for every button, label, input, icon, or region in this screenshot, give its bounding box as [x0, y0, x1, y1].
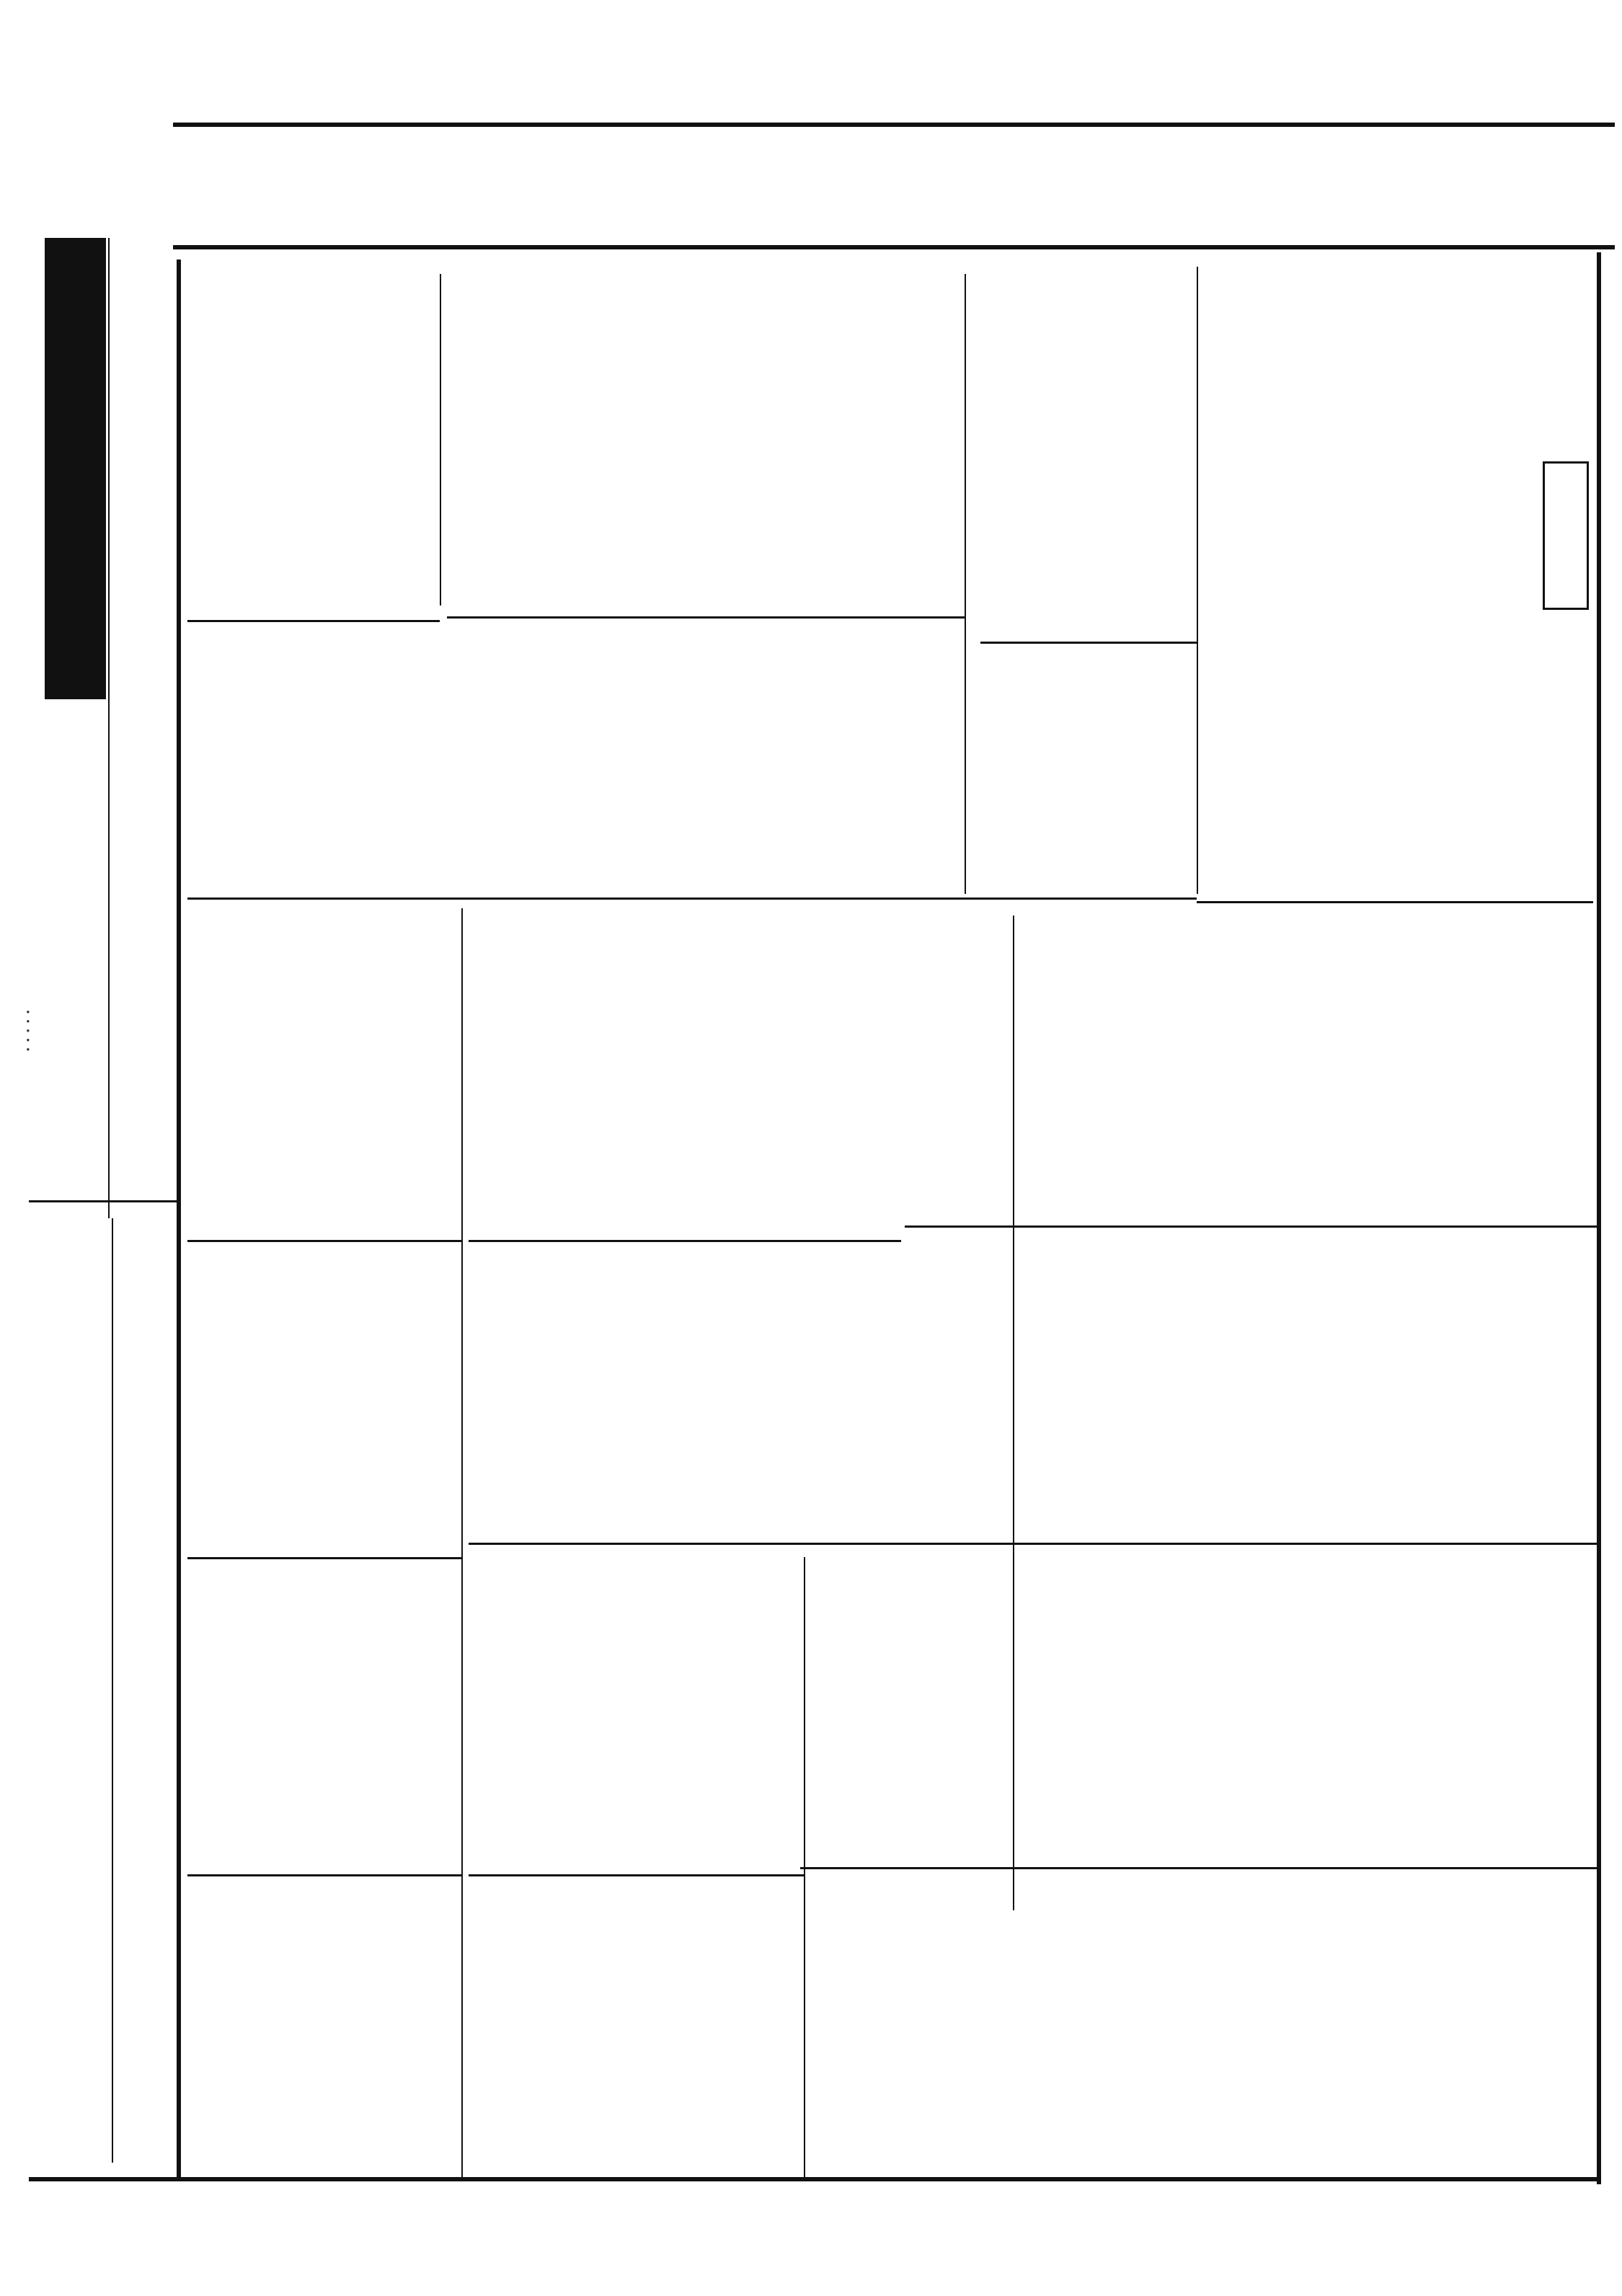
top-ads-rule: [173, 245, 1615, 249]
lower-mid-body-3: [469, 1550, 1593, 1860]
arms-body: [980, 270, 1132, 631]
optical-branches: [1240, 130, 1334, 238]
left-ad-column-rule: [177, 260, 181, 2177]
assembly-consult-rule: [469, 1874, 804, 1876]
shoe-ad-divider: [112, 1218, 113, 2163]
hospital-ad-box: [45, 238, 106, 699]
assembly-body-cont: [187, 1564, 461, 1867]
registered-ad: [1355, 119, 1615, 241]
assembly-consult-body: [692, 1557, 768, 1853]
right-page-border: [1597, 252, 1601, 2184]
page-bottom-rule: [29, 2177, 1600, 2181]
registered-ad-line3: [1424, 119, 1489, 241]
changsha-ag-body: [108, 815, 173, 952]
mining-clause-7: [721, 620, 800, 894]
lower-mid-body-2: [905, 1233, 1013, 1535]
us-tax-rule: [187, 620, 440, 622]
optical-side-note: [548, 130, 570, 238]
registered-ad-line2: [1490, 119, 1525, 241]
mid-rule-3: [800, 1867, 1597, 1869]
arms-left-rule: [1197, 267, 1198, 894]
assembly-rule-3: [187, 1874, 461, 1876]
left-margin-marks: ．．．．．: [7, 1009, 36, 1946]
finance-body: [1362, 267, 1427, 894]
bottom-markers: [876, 1298, 905, 1514]
doctor-ad-old-mark: [123, 1290, 180, 1391]
finance-item1-body: [1280, 267, 1330, 894]
mining-clause-2: [692, 270, 804, 616]
rice-body: [252, 274, 396, 613]
us-tax-body: [187, 624, 562, 890]
finance-item2-body: [1226, 267, 1254, 894]
mining-clause-3: [620, 270, 692, 616]
wenli-case-body: [1016, 923, 1096, 1218]
finance-rule: [1197, 901, 1593, 903]
county-news-body: [469, 908, 901, 1211]
mining-clause-6: [800, 620, 916, 894]
section-label-box: [1543, 461, 1589, 610]
mining-clause-5: [447, 270, 526, 609]
wenli-rule: [905, 1225, 1597, 1228]
county-rule: [469, 1240, 901, 1242]
rice-right-rule: [440, 274, 441, 606]
assembly-right-rule: [461, 908, 463, 2177]
mining-clause-1: [804, 270, 865, 616]
shoe-ad-headline: [40, 1334, 112, 1708]
assembly-body-lower: [187, 1247, 418, 1543]
doctor-ad-fees: [119, 1435, 177, 1528]
hospital-ad-divider: [108, 238, 110, 1218]
mid-rule-2: [469, 1543, 1597, 1545]
mining-clause-4: [526, 270, 620, 616]
county-news-body-2: [469, 1247, 865, 1543]
assembly-body-cont2: [187, 1881, 461, 2170]
assembly-consult-items: [469, 1881, 800, 2170]
assembly-consult-divider: [804, 1557, 805, 2177]
left-col-rule-1: [29, 1200, 177, 1202]
doctor-ad-address: [115, 1730, 176, 1946]
shoe-ad-side: [40, 1222, 108, 1330]
hospital-ad-body: [61, 721, 108, 865]
assembly-consult-body-2: [807, 1874, 1593, 2177]
arms-rule: [980, 642, 1197, 644]
xiangtan-body: [905, 916, 973, 1218]
doctor-ad-hours: [123, 1550, 180, 1651]
registered-ad-line4: [1355, 119, 1420, 241]
us-tax-headline: [195, 288, 260, 606]
masthead: [209, 81, 1478, 124]
top-left-notice: [184, 130, 559, 234]
assembly-rule-2: [187, 1557, 461, 1559]
mining-rule: [447, 616, 965, 619]
assembly-body-upper: [187, 908, 368, 1218]
registered-ad-title: [1528, 119, 1615, 241]
assembly-rule: [187, 1240, 461, 1242]
mining-right-rule: [965, 274, 966, 894]
us-tax-body-cont: [1226, 908, 1586, 1211]
lower-mid-body-1: [1016, 1233, 1593, 1535]
mid-rule-1: [187, 897, 1197, 900]
wenli-case-body-upper: [1146, 908, 1226, 1211]
left-margin-mark-text: ．．．．．: [7, 1009, 34, 1065]
shoe-ad-body: [43, 1716, 112, 2047]
